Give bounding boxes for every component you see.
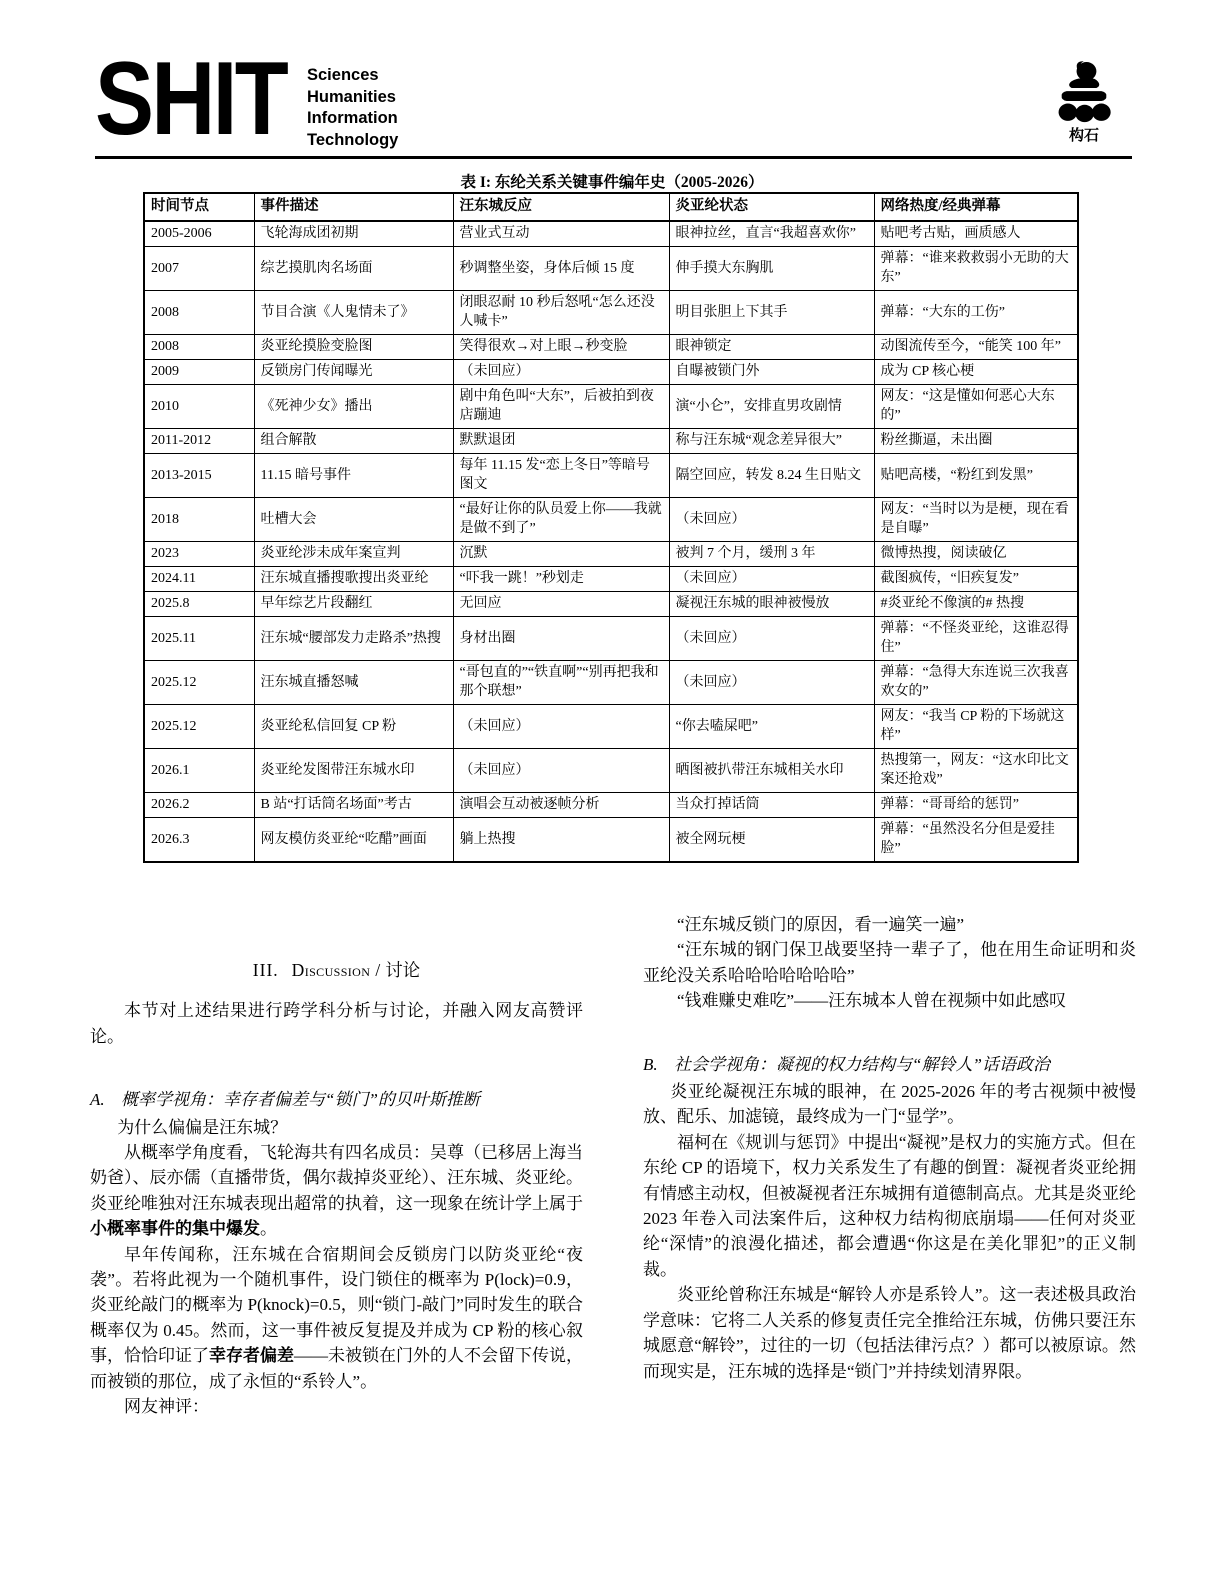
table-row: 2010《死神少女》播出剧中角色叫“大东”，后被拍到夜店蹦迪演“小仑”，安排直男… bbox=[144, 385, 1078, 429]
table-cell: 身材出圈 bbox=[453, 617, 669, 661]
table-cell: 吐槽大会 bbox=[254, 498, 453, 542]
table-row: 2026.1炎亚纶发图带汪东城水印（未回应）晒图被扒带汪东城相关水印热搜第一，网… bbox=[144, 749, 1078, 793]
table-cell: 综艺摸肌肉名场面 bbox=[254, 247, 453, 291]
subsection-a-title: 概率学视角：幸存者偏差与“锁门”的贝叶斯推断 bbox=[121, 1087, 480, 1112]
table-body: 2005-2006飞轮海成团初期营业式互动眼神拉丝，直言“我超喜欢你”贴吧考古贴… bbox=[144, 221, 1078, 862]
table-cell: “哥包直的”“铁直啊”“别再把我和那个联想” bbox=[453, 661, 669, 705]
table-cell: 粉丝撕逼，未出圈 bbox=[874, 429, 1078, 454]
journal-word: Technology bbox=[307, 130, 398, 152]
table-cell: 弹幕：“哥哥给的惩罚” bbox=[874, 793, 1078, 818]
table-cell: （未回应） bbox=[669, 498, 874, 542]
left-column: III.Discussion/讨论 本节对上述结果进行跨学科分析与讨论，并融入网… bbox=[90, 898, 583, 1420]
journal-words: Sciences Humanities Information Technolo… bbox=[307, 58, 398, 151]
table-cell: 2018 bbox=[144, 498, 254, 542]
table-cell: 隔空回应，转发 8.24 生日贴文 bbox=[669, 454, 874, 498]
table-cell: 贴吧考古贴，画质感人 bbox=[874, 221, 1078, 247]
table-cell: 默默退团 bbox=[453, 429, 669, 454]
table-cell: 闭眼忍耐 10 秒后怒吼“怎么还没人喊卡” bbox=[453, 291, 669, 335]
journal-word: Sciences bbox=[307, 65, 398, 87]
subsection-a-lead: 为什么偏偏是汪东城？ bbox=[90, 1115, 583, 1140]
table-cell: 笑得很欢→对上眼→秒变脸 bbox=[453, 335, 669, 360]
table-cell: 2008 bbox=[144, 291, 254, 335]
masthead: SHIT Sciences Humanities Information Tec… bbox=[95, 58, 1132, 151]
table-row: 2025.8早年综艺片段翻红无回应凝视汪东城的眼神被慢放#炎亚纶不像演的# 热搜 bbox=[144, 592, 1078, 617]
section-number: III. bbox=[253, 960, 279, 980]
table-cell: 弹幕：“大东的工伤” bbox=[874, 291, 1078, 335]
table-cell: 弹幕：“谁来救救弱小无助的大东” bbox=[874, 247, 1078, 291]
table-cell: 网友：“当时以为是梗，现在看是自曝” bbox=[874, 498, 1078, 542]
table-cell: 被判 7 个月，缓刑 3 年 bbox=[669, 542, 874, 567]
table-cell: 当众打掉话筒 bbox=[669, 793, 874, 818]
events-table: 时间节点事件描述汪东城反应炎亚纶状态网络热度/经典弹幕 2005-2006飞轮海… bbox=[143, 192, 1079, 863]
subsection-b-label: B. bbox=[643, 1052, 674, 1077]
table-cell: 明目张胆上下其手 bbox=[669, 291, 874, 335]
table-cell: 2025.12 bbox=[144, 661, 254, 705]
table-cell: （未回应） bbox=[453, 360, 669, 385]
table-row: 2011-2012组合解散默默退团称与汪东城“观念差异很大”粉丝撕逼，未出圈 bbox=[144, 429, 1078, 454]
paragraph-b2: 福柯在《规训与惩罚》中提出“凝视”是权力的实施方式。但在东纶 CP 的语境下，权… bbox=[643, 1130, 1136, 1282]
paragraph-b3: 炎亚纶曾称汪东城是“解铃人亦是系铃人”。这一表述极具政治学意味：它将二人关系的修… bbox=[643, 1282, 1136, 1384]
table-cell: 2025.12 bbox=[144, 705, 254, 749]
paper-page: SHIT Sciences Humanities Information Tec… bbox=[0, 0, 1224, 1584]
table-cell: “吓我一跳！”秒划走 bbox=[453, 567, 669, 592]
table-row: 2026.2B 站“打话筒名场面”考古演唱会互动被逐帧分析当众打掉话筒弹幕：“哥… bbox=[144, 793, 1078, 818]
table-cell: 贴吧高楼，“粉红到发黑” bbox=[874, 454, 1078, 498]
table-cell: “最好让你的队员爱上你——我就是做不到了” bbox=[453, 498, 669, 542]
table-row: 2023炎亚纶涉未成年案宣判沉默被判 7 个月，缓刑 3 年微博热搜，阅读破亿 bbox=[144, 542, 1078, 567]
table-cell: 秒调整坐姿，身体后倾 15 度 bbox=[453, 247, 669, 291]
subsection-b-title: 社会学视角：凝视的权力结构与“解铃人”话语政治 bbox=[674, 1052, 1050, 1077]
table-cell: （未回应） bbox=[669, 617, 874, 661]
table-cell: 节目合演《人鬼情未了》 bbox=[254, 291, 453, 335]
table-cell: 网友模仿炎亚纶“吃醋”画面 bbox=[254, 818, 453, 863]
table-cell: 动图流传至今，“能笑 100 年” bbox=[874, 335, 1078, 360]
table-cell: 晒图被扒带汪东城相关水印 bbox=[669, 749, 874, 793]
table-row: 2005-2006飞轮海成团初期营业式互动眼神拉丝，直言“我超喜欢你”贴吧考古贴… bbox=[144, 221, 1078, 247]
right-column: “汪东城反锁门的原因，看一遍笑一遍”“汪东城的钢门保卫战要坚持一辈子了，他在用生… bbox=[643, 898, 1136, 1420]
column-header: 炎亚纶状态 bbox=[669, 193, 874, 221]
table-cell: 无回应 bbox=[453, 592, 669, 617]
column-header: 网络热度/经典弹幕 bbox=[874, 193, 1078, 221]
section-title-zh: 讨论 bbox=[385, 960, 420, 980]
table-cell: 2013-2015 bbox=[144, 454, 254, 498]
table-cell: 自曝被锁门外 bbox=[669, 360, 874, 385]
table-cell: 眼神锁定 bbox=[669, 335, 874, 360]
table-cell: B 站“打话筒名场面”考古 bbox=[254, 793, 453, 818]
netizen-quotes: “汪东城反锁门的原因，看一遍笑一遍”“汪东城的钢门保卫战要坚持一辈子了，他在用生… bbox=[643, 912, 1136, 1014]
column-header: 时间节点 bbox=[144, 193, 254, 221]
table-cell: 2005-2006 bbox=[144, 221, 254, 247]
table-cell: 截图疯传，“旧疾复发” bbox=[874, 567, 1078, 592]
table-row: 2025.12炎亚纶私信回复 CP 粉（未回应）“你去嗑屎吧”网友：“我当 CP… bbox=[144, 705, 1078, 749]
table-cell: （未回应） bbox=[453, 749, 669, 793]
section-heading-discussion: III.Discussion/讨论 bbox=[90, 958, 583, 983]
table-cell: 2025.8 bbox=[144, 592, 254, 617]
header-row: 时间节点事件描述汪东城反应炎亚纶状态网络热度/经典弹幕 bbox=[144, 193, 1078, 221]
subsection-a-label: A. bbox=[90, 1087, 121, 1112]
table-cell: 弹幕：“不怪炎亚纶，这谁忍得住” bbox=[874, 617, 1078, 661]
table-cell: 被全网玩梗 bbox=[669, 818, 874, 863]
intro-paragraph: 本节对上述结果进行跨学科分析与讨论，并融入网友高赞评论。 bbox=[90, 998, 583, 1049]
table-cell: 2011-2012 bbox=[144, 429, 254, 454]
table-row: 2008炎亚纶摸脸变脸图笑得很欢→对上眼→秒变脸眼神锁定动图流传至今，“能笑 1… bbox=[144, 335, 1078, 360]
subsection-a-heading: A. 概率学视角：幸存者偏差与“锁门”的贝叶斯推断 bbox=[90, 1087, 583, 1112]
discussion-section: III.Discussion/讨论 本节对上述结果进行跨学科分析与讨论，并融入网… bbox=[90, 898, 1136, 1420]
table-row: 2025.12汪东城直播怒喊“哥包直的”“铁直啊”“别再把我和那个联想”（未回应… bbox=[144, 661, 1078, 705]
table-row: 2007综艺摸肌肉名场面秒调整坐姿，身体后倾 15 度伸手摸大东胸肌弹幕：“谁来… bbox=[144, 247, 1078, 291]
table-cell: “你去嗑屎吧” bbox=[669, 705, 874, 749]
table-head: 时间节点事件描述汪东城反应炎亚纶状态网络热度/经典弹幕 bbox=[144, 193, 1078, 221]
table-cell: 微博热搜，阅读破亿 bbox=[874, 542, 1078, 567]
table-row: 2013-201511.15 暗号事件每年 11.15 发“恋上冬日”等暗号图文… bbox=[144, 454, 1078, 498]
table-row: 2024.11汪东城直播搜歌搜出炎亚纶“吓我一跳！”秒划走（未回应）截图疯传，“… bbox=[144, 567, 1078, 592]
table-cell: 汪东城“腰部发力走路杀”热搜 bbox=[254, 617, 453, 661]
table-cell: 躺上热搜 bbox=[453, 818, 669, 863]
table-cell: （未回应） bbox=[669, 661, 874, 705]
table-cell: 演“小仑”，安排直男攻剧情 bbox=[669, 385, 874, 429]
table-cell: 每年 11.15 发“恋上冬日”等暗号图文 bbox=[453, 454, 669, 498]
publisher-mark: 构石 bbox=[1036, 58, 1132, 145]
table-cell: 弹幕：“急得大东连说三次我喜欢女的” bbox=[874, 661, 1078, 705]
table-title: 表 I: 东纶关系关键事件编年史（2005-2026） bbox=[0, 170, 1224, 192]
paragraph-a1: 从概率学角度看，飞轮海共有四名成员：吴尊（已移居上海当奶爸）、辰亦儒（直播带货，… bbox=[90, 1140, 583, 1242]
table-cell: 2010 bbox=[144, 385, 254, 429]
table-row: 2026.3网友模仿炎亚纶“吃醋”画面躺上热搜被全网玩梗弹幕：“虽然没名分但是爱… bbox=[144, 818, 1078, 863]
table-cell: 称与汪东城“观念差异很大” bbox=[669, 429, 874, 454]
journal-acronym: SHIT bbox=[95, 58, 270, 140]
table-cell: 营业式互动 bbox=[453, 221, 669, 247]
table-cell: 2026.2 bbox=[144, 793, 254, 818]
table-row: 2008节目合演《人鬼情未了》闭眼忍耐 10 秒后怒吼“怎么还没人喊卡”明目张胆… bbox=[144, 291, 1078, 335]
table-cell: 炎亚纶涉未成年案宣判 bbox=[254, 542, 453, 567]
table-cell: 汪东城直播搜歌搜出炎亚纶 bbox=[254, 567, 453, 592]
table-cell: 2026.1 bbox=[144, 749, 254, 793]
paragraph-a2: 早年传闻称，汪东城在合宿期间会反锁房门以防炎亚纶“夜袭”。若将此视为一个随机事件… bbox=[90, 1242, 583, 1394]
table-cell: 网友：“我当 CP 粉的下场就这样” bbox=[874, 705, 1078, 749]
column-header: 事件描述 bbox=[254, 193, 453, 221]
table-cell: 反锁房门传闻曝光 bbox=[254, 360, 453, 385]
table-cell: 沉默 bbox=[453, 542, 669, 567]
table-row: 2018吐槽大会“最好让你的队员爱上你——我就是做不到了”（未回应）网友：“当时… bbox=[144, 498, 1078, 542]
table-cell: 剧中角色叫“大东”，后被拍到夜店蹦迪 bbox=[453, 385, 669, 429]
table-cell: 2024.11 bbox=[144, 567, 254, 592]
table-cell: 演唱会互动被逐帧分析 bbox=[453, 793, 669, 818]
section-title-en: Discussion bbox=[292, 960, 371, 980]
paragraph-a-outro: 网友神评： bbox=[90, 1394, 583, 1419]
section-title-separator: / bbox=[375, 960, 380, 980]
subsection-b-heading: B. 社会学视角：凝视的权力结构与“解铃人”话语政治 bbox=[643, 1052, 1136, 1077]
table-row: 2009反锁房门传闻曝光（未回应）自曝被锁门外成为 CP 核心梗 bbox=[144, 360, 1078, 385]
table-cell: 炎亚纶私信回复 CP 粉 bbox=[254, 705, 453, 749]
masthead-rule bbox=[95, 156, 1132, 159]
table-cell: 《死神少女》播出 bbox=[254, 385, 453, 429]
table-cell: 炎亚纶发图带汪东城水印 bbox=[254, 749, 453, 793]
netizen-quote: “汪东城反锁门的原因，看一遍笑一遍” bbox=[643, 912, 1136, 937]
netizen-quote: “钱难赚史难吃”——汪东城本人曾在视频中如此感叹 bbox=[643, 988, 1136, 1013]
paragraph-b1: 炎亚纶凝视汪东城的眼神，在 2025-2026 年的考古视频中被慢放、配乐、加滤… bbox=[643, 1079, 1136, 1130]
table-cell: 早年综艺片段翻红 bbox=[254, 592, 453, 617]
stone-pile-icon bbox=[1053, 60, 1115, 126]
table-cell: 眼神拉丝，直言“我超喜欢你” bbox=[669, 221, 874, 247]
table-cell: 飞轮海成团初期 bbox=[254, 221, 453, 247]
table-cell: 2025.11 bbox=[144, 617, 254, 661]
table-cell: 伸手摸大东胸肌 bbox=[669, 247, 874, 291]
table-cell: 2009 bbox=[144, 360, 254, 385]
table-cell: 2007 bbox=[144, 247, 254, 291]
table-cell: 2008 bbox=[144, 335, 254, 360]
table-cell: #炎亚纶不像演的# 热搜 bbox=[874, 592, 1078, 617]
table-cell: 2026.3 bbox=[144, 818, 254, 863]
table-row: 2025.11汪东城“腰部发力走路杀”热搜身材出圈（未回应）弹幕：“不怪炎亚纶，… bbox=[144, 617, 1078, 661]
table-cell: （未回应） bbox=[453, 705, 669, 749]
table-cell: 热搜第一，网友：“这水印比文案还抢戏” bbox=[874, 749, 1078, 793]
table-cell: 凝视汪东城的眼神被慢放 bbox=[669, 592, 874, 617]
table-cell: 成为 CP 核心梗 bbox=[874, 360, 1078, 385]
table-cell: 11.15 暗号事件 bbox=[254, 454, 453, 498]
table-cell: 组合解散 bbox=[254, 429, 453, 454]
table-cell: （未回应） bbox=[669, 567, 874, 592]
table-cell: 炎亚纶摸脸变脸图 bbox=[254, 335, 453, 360]
column-header: 汪东城反应 bbox=[453, 193, 669, 221]
journal-word: Humanities bbox=[307, 87, 398, 109]
table-cell: 汪东城直播怒喊 bbox=[254, 661, 453, 705]
table-cell: 弹幕：“虽然没名分但是爱挂脸” bbox=[874, 818, 1078, 863]
journal-word: Information bbox=[307, 108, 398, 130]
publisher-name: 构石 bbox=[1036, 124, 1132, 145]
table-cell: 2023 bbox=[144, 542, 254, 567]
journal-logo: SHIT Sciences Humanities Information Tec… bbox=[95, 58, 398, 151]
netizen-quote: “汪东城的钢门保卫战要坚持一辈子了，他在用生命证明和炎亚纶没关系哈哈哈哈哈哈哈” bbox=[643, 937, 1136, 988]
table-cell: 网友：“这是懂如何恶心大东的” bbox=[874, 385, 1078, 429]
